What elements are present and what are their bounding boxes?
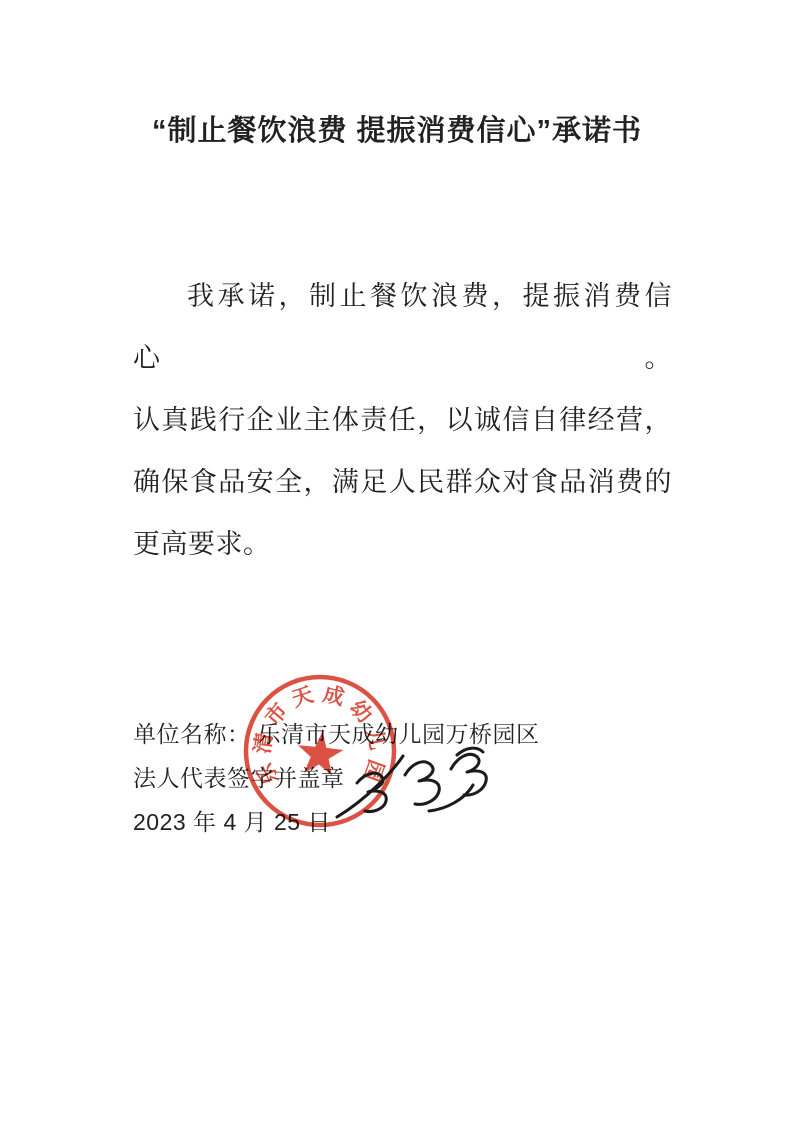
seal-char: 乐 xyxy=(252,759,283,789)
unit-name-label: 单位名称： xyxy=(133,721,251,747)
document-title: “制止餐饮浪费 提振消费信心”承诺书 xyxy=(0,108,794,149)
signature-stroke-slash xyxy=(337,756,403,817)
signature-stroke-1 xyxy=(357,773,386,811)
signature-stroke-2 xyxy=(405,762,439,805)
body-line-4: 更高要求。 xyxy=(133,513,672,575)
body-line-1: 我承诺，制止餐饮浪费，提振消费信心。 xyxy=(133,265,672,389)
document-page: “制止餐饮浪费 提振消费信心”承诺书 我承诺，制止餐饮浪费，提振消费信心。 认真… xyxy=(0,0,794,1123)
seal-char: 天 xyxy=(289,682,316,711)
seal-char: 成 xyxy=(321,682,347,710)
commitment-paragraph: 我承诺，制止餐饮浪费，提振消费信心。 认真践行企业主体责任，以诚信自律经营， 确… xyxy=(133,265,672,575)
handwritten-signature xyxy=(323,733,503,828)
seal-char: 清 xyxy=(250,731,277,755)
body-line-3: 确保食品安全，满足人民群众对食品消费的 xyxy=(133,451,672,513)
body-line-2: 认真践行企业主体责任，以诚信自律经营， xyxy=(133,389,672,451)
